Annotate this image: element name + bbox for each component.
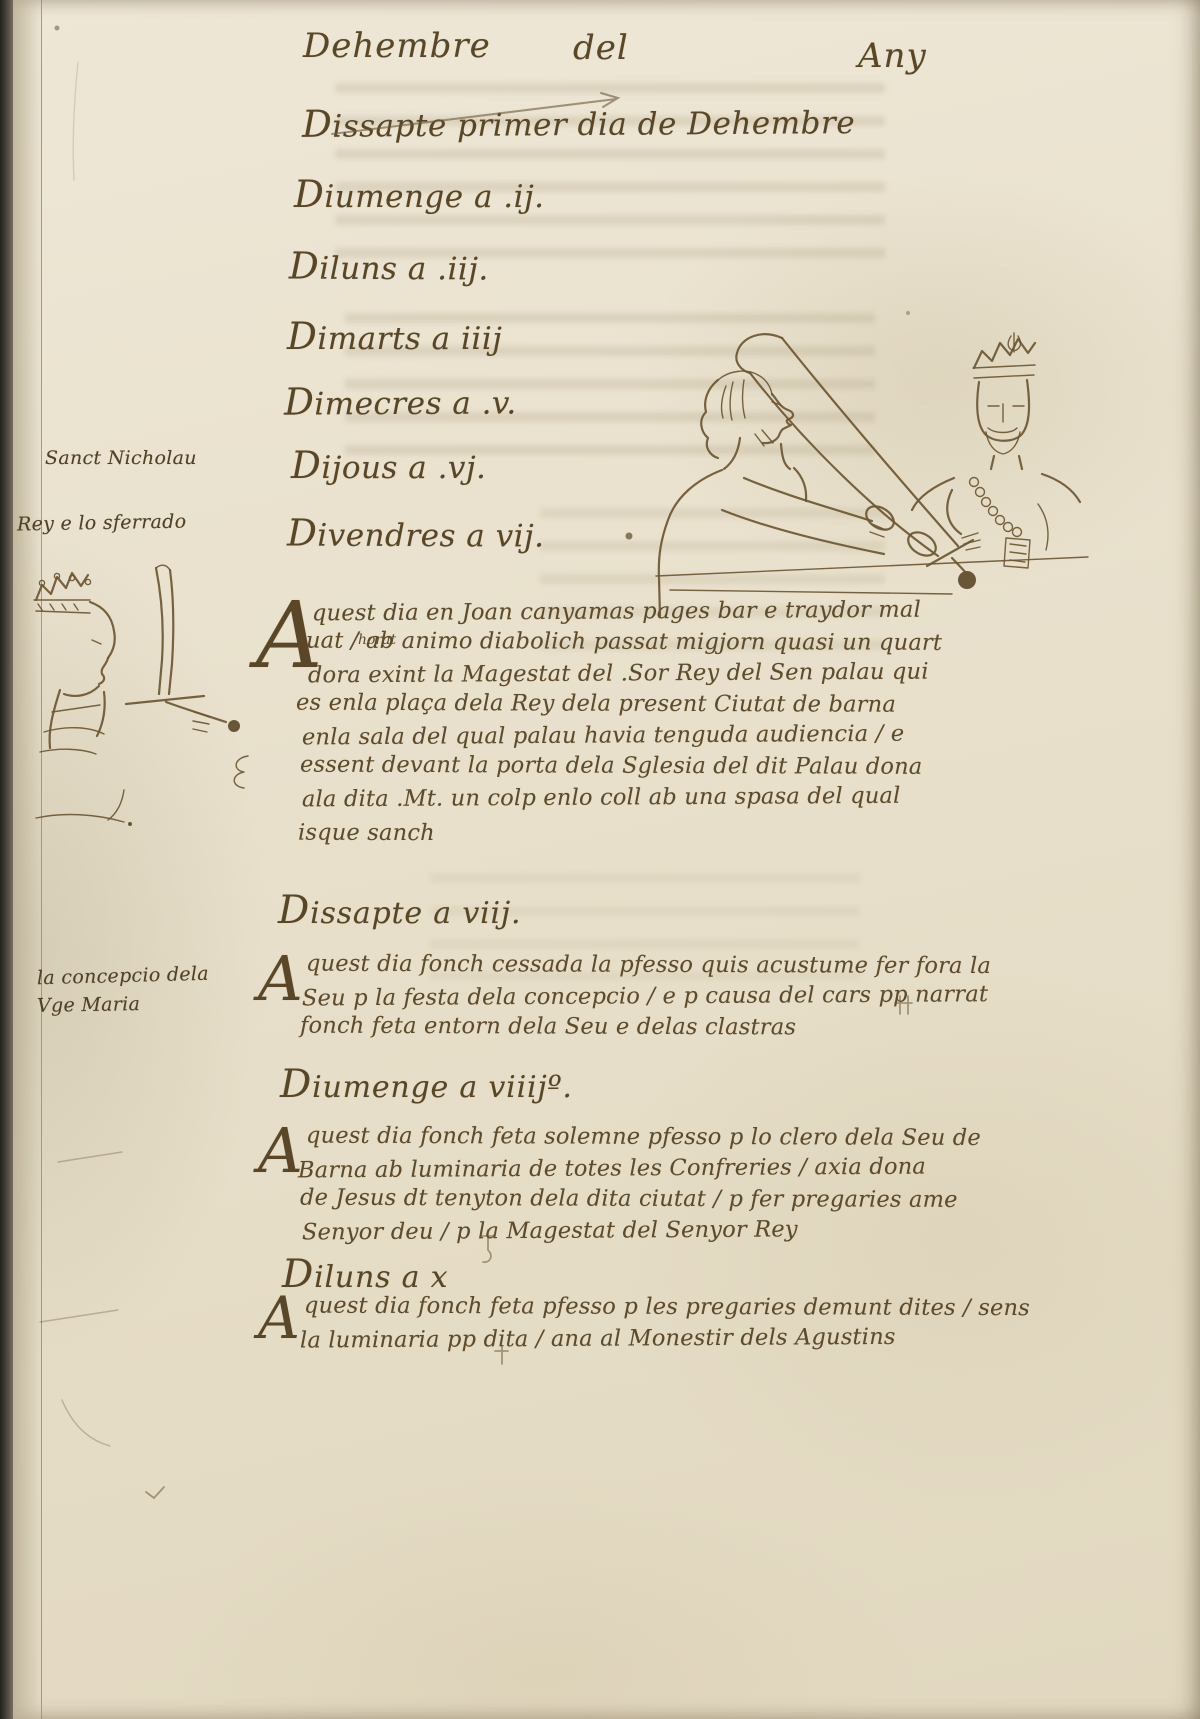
entry-line: enla sala del qual palau havia tenguda a…	[302, 718, 1090, 754]
entry-line: la luminaria pp dita / ana al Monestir d…	[300, 1320, 1122, 1356]
page-binding-edge	[0, 0, 13, 1719]
assassination-illustration	[622, 328, 1092, 618]
entry-line: dora exint la Magestat del .Sor Rey del …	[308, 656, 1090, 692]
entry-initial: A	[258, 1284, 300, 1352]
crown-icon	[34, 573, 91, 613]
entry-line: Seu p la festa dela concepcio / e p caus…	[302, 979, 1092, 1015]
entry-line: Senyor deu / p la Magestat del Senyor Re…	[302, 1213, 1092, 1249]
entry-line: quest dia en Joan canyamas pages bar e t…	[312, 594, 1090, 630]
entry-line: es enla plaça dela Rey dela present Ciut…	[296, 688, 1090, 722]
margin-note-sant-nicholau: Sanct Nicholau	[45, 447, 197, 469]
king-figure	[912, 333, 1080, 568]
calendar-line: Diumenge a .ij.	[294, 172, 545, 216]
entry-line: de Jesus dt tenyton dela dita ciutat / p…	[300, 1183, 1092, 1217]
entry-line: quest dia fonch cessada la pfesso quis a…	[306, 949, 1092, 983]
margin-sketch-lines	[36, 790, 132, 826]
page-deckle-edge	[13, 0, 42, 1719]
torn-edge-lines	[40, 62, 122, 1446]
year-label: Any	[858, 36, 927, 76]
assassin-figure	[659, 371, 940, 616]
entry-line: fonch feta entorn dela Seu e delas clast…	[300, 1011, 1092, 1045]
margin-king-head	[40, 602, 115, 754]
entry-line: isque sanch	[298, 818, 1090, 852]
entry-initial: A	[258, 942, 303, 1015]
calendar-line: Dijous a .vj.	[291, 443, 486, 487]
page-marks-overlay	[0, 0, 1200, 1719]
margin-note-concepcio-line2: Vge Maria	[37, 993, 141, 1017]
entry-line: ala dita .Mt. un colp enlo coll ab una s…	[302, 780, 1090, 816]
calendar-line: Diluns a .iij.	[289, 243, 489, 288]
entry-line: quest dia fonch feta pfesso p les pregar…	[304, 1291, 1122, 1325]
ground-line	[656, 557, 1088, 594]
entry-december-9: A quest dia fonch feta solemne pfesso p …	[262, 1122, 1092, 1246]
margin-note-rey: Rey e lo sferrado	[17, 511, 187, 536]
entry-december-10: A quest dia fonch feta pfesso p les preg…	[262, 1292, 1122, 1354]
calendar-line: Dimecres a .v.	[284, 378, 517, 423]
entry-line: quest dia fonch feta solemne pfesso p lo…	[306, 1121, 1092, 1155]
margin-king-sword-illustration	[8, 560, 283, 850]
calendar-line: Dimarts a iiij	[287, 314, 502, 358]
curved-sword-icon	[736, 334, 976, 589]
month-title: Dehembre	[303, 26, 491, 66]
entry-line: essent devant la porta dela Sglesia del …	[300, 750, 1090, 784]
entry-initial: A	[258, 1114, 303, 1187]
manuscript-page: Dehembre del Any Dissapte primer dia de …	[0, 0, 1200, 1719]
calendar-line: Dissapte primer dia de Dehembre	[302, 98, 855, 146]
entry-heading: Dissapte a viij.	[278, 888, 521, 933]
calendar-line: Divendres a vij.	[287, 510, 545, 555]
entry-december-7: A horat quest dia en Joan canyamas pages…	[260, 596, 1090, 850]
month-del: del	[573, 28, 629, 68]
entry-december-8: A quest dia fonch cessada la pfesso quis…	[262, 950, 1092, 1043]
margin-sword-icon	[126, 565, 248, 788]
entry-line: Barna ab luminaria de totes les Confreri…	[298, 1151, 1092, 1187]
entry-heading: Diumenge a viiijº.	[280, 1062, 573, 1107]
margin-note-concepcio-line1: la concepcio dela	[37, 963, 209, 989]
entry-line: uat / ab animo diabolich passat migjorn …	[306, 626, 1090, 660]
